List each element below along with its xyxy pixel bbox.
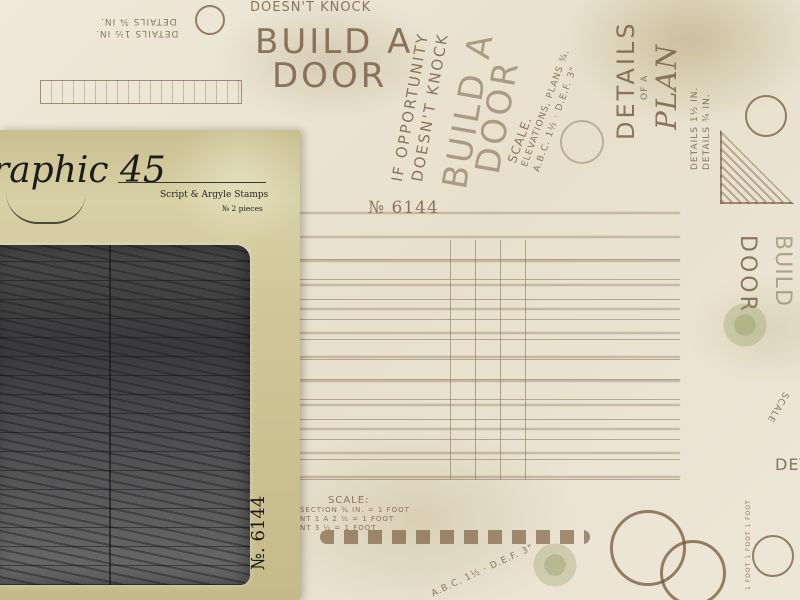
- details-mirror-text-1: DETAILS 1½ IN.: [95, 28, 178, 38]
- clear-stamp-sheet: [0, 245, 250, 585]
- plan-text: PLAN: [650, 44, 683, 130]
- medallion-ornament: [752, 535, 794, 577]
- ledger-grid: [300, 240, 680, 480]
- foot-labels-text: 1 FOOT 1 FOOT 1 FOOT: [745, 499, 752, 590]
- ledger-stamp-impression: № 6144: [300, 190, 690, 490]
- section-1-text: SECTION ¾ IN. = 1 FOOT: [300, 506, 410, 514]
- scale-text: SCALE:: [328, 495, 369, 506]
- details-2-text: DETAILS ¾ IN.: [702, 93, 712, 170]
- medallion-ornament: [745, 95, 787, 137]
- green-rosette: [720, 300, 770, 350]
- knot-stencil-ornament: [660, 540, 726, 600]
- product-name: Script & Argyle Stamps: [160, 190, 268, 200]
- circle-ornament: [560, 120, 604, 164]
- stamp-number: №. 6144: [248, 496, 269, 570]
- details-1-text: DETAILS 1½ IN.: [690, 87, 700, 170]
- piece-count: № 2 pieces: [222, 204, 263, 213]
- of-a-text: OF A: [640, 75, 650, 100]
- door-text: DOOR: [272, 56, 387, 96]
- green-rosette: [530, 540, 580, 590]
- right-build-text: BUILD: [770, 235, 795, 307]
- details-text: DETAILS: [612, 20, 640, 140]
- brand-logo: raphic 45: [0, 150, 166, 191]
- circle-ornament: [195, 5, 225, 35]
- stamp-package: raphic 45 Script & Argyle Stamps № 2 pie…: [0, 130, 300, 600]
- lathe-illustration: [40, 80, 242, 104]
- doesnt-knock-text: DOESN'T KNOCK: [250, 0, 371, 15]
- section-2-text: NT 1 A 2 ½ = 1 FOOT: [300, 515, 394, 523]
- right-det-text: DET: [775, 455, 800, 474]
- ledger-number-text: № 6144: [368, 198, 439, 218]
- brand-divider: [118, 182, 266, 183]
- flourish-ornament: [6, 192, 86, 224]
- details-mirror-text-2: DETAILS ¾ IN.: [100, 16, 177, 26]
